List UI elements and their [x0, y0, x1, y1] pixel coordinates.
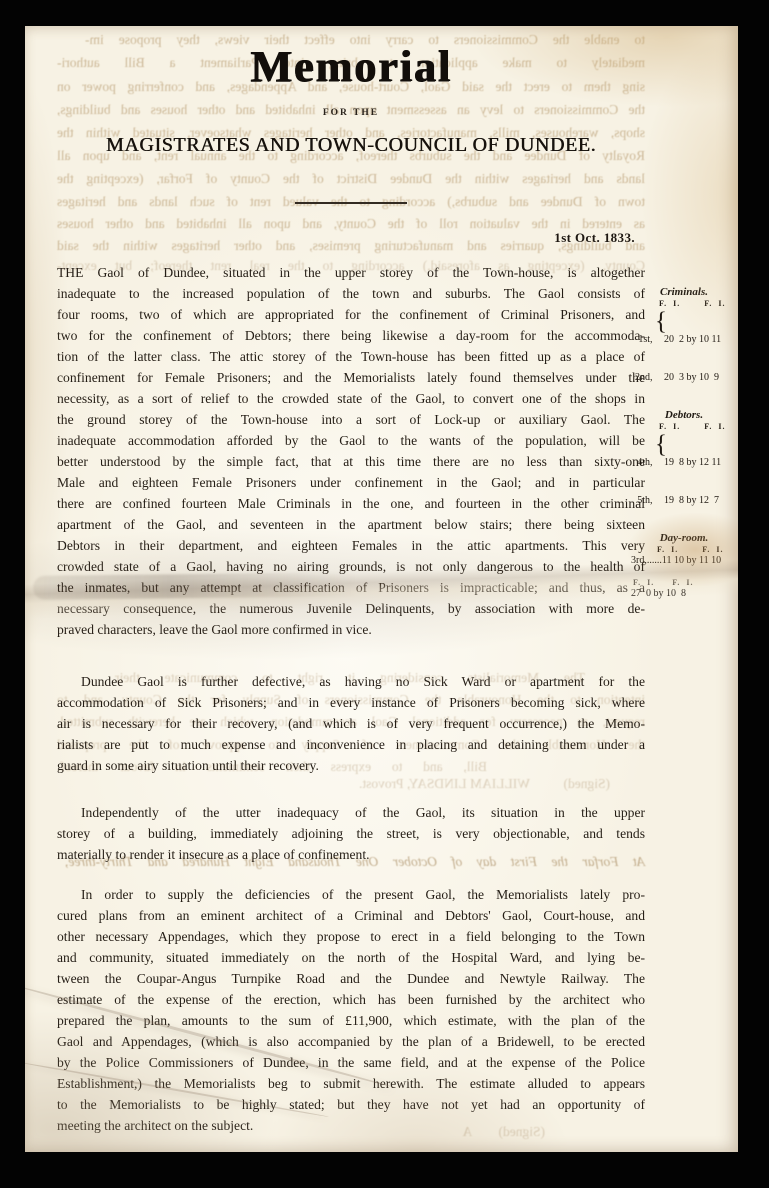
text-line: storey of a building, immediately adjoin…: [57, 823, 645, 844]
text-line: other necessary Appendages, which they p…: [57, 926, 645, 947]
measure-row-label: 4th,: [631, 457, 655, 470]
document-page: to enable the Commissioners to carry int…: [25, 26, 738, 1152]
text-line: rialists are put to much expense and inc…: [57, 734, 645, 755]
measure-row-label: 5th,: [631, 495, 655, 508]
text-line: Dundee Gaol is further defective, as hav…: [57, 671, 645, 692]
measure-dims: 19 8 by 12 11: [664, 457, 721, 470]
measure-dims: 20 3 by 10 9: [664, 372, 721, 385]
measure-row-labels: 4th, 5th,: [631, 432, 655, 532]
scanned-document: { "colors": { "frame": "#030303", "paper…: [0, 0, 769, 1188]
text-line: In order to supply the deficiencies of t…: [57, 884, 645, 905]
separator-rule-wrap: [57, 202, 645, 204]
measure-row-labels: 1st, 2nd,: [631, 309, 655, 409]
measure-dims: 19 8 by 12 7: [664, 495, 721, 508]
text-line: materially to render it insecure as a pl…: [57, 844, 645, 865]
text-line: Male and eighteen Female Prisoners under…: [57, 472, 645, 493]
text-line: apartment of the Gaol, and seventeen in …: [57, 514, 645, 535]
measure-col-headers: F. I. F. I.: [631, 545, 737, 555]
measure-row-label: 1st,: [631, 334, 655, 347]
paragraph-2: Dundee Gaol is further defective, as hav…: [57, 671, 645, 776]
measure-heading: Criminals.: [631, 286, 737, 299]
measure-row-values: 20 2 by 10 11 20 3 by 10 9: [664, 309, 721, 409]
text-line: two for the confinement of Debtors; ther…: [57, 325, 645, 346]
printed-content: Memorial FOR THE MAGISTRATES AND TOWN-CO…: [25, 26, 738, 1152]
measure-dims: 20 2 by 10 11: [664, 334, 721, 347]
text-line: estimate of the expense of the erection,…: [57, 989, 645, 1010]
text-line: Independently of the utter inadequacy of…: [57, 802, 645, 823]
text-line: better understood by the simple fact, th…: [57, 451, 645, 472]
text-line: necessity, as a sort of relief to the cr…: [57, 388, 645, 409]
text-line: cured plans from an eminent architect of…: [57, 905, 645, 926]
measure-rows: 1st, 2nd, { 20 2 by 10 11 20 3 by 10 9: [631, 309, 737, 409]
measure-col-headers: F. I. F. I.: [631, 578, 737, 588]
measure-dims: 11 10 by 11 10: [662, 555, 721, 566]
measure-col-headers: F. I. F. I.: [631, 422, 737, 432]
text-line: accommodation of Sick Prisoners; and in …: [57, 692, 645, 713]
text-line: necessary consequence, the numerous Juve…: [57, 598, 645, 619]
date-line: 1st Oct. 1833.: [57, 230, 635, 246]
measure-group-debtors: Debtors. F. I. F. I. 4th, 5th, { 19 8 by…: [631, 409, 737, 532]
measure-heading: Debtors.: [631, 409, 737, 422]
paragraph-3: Independently of the utter inadequacy of…: [57, 802, 645, 865]
text-line: confinement for Female Prisoners; and th…: [57, 367, 645, 388]
text-line: Debtors in their department, and eightee…: [57, 535, 645, 556]
text-line: Gaol and Appendages, (which is also acco…: [57, 1031, 645, 1052]
addressee-heading: MAGISTRATES AND TOWN-COUNCIL OF DUNDEE.: [57, 132, 645, 158]
measure-dims: 27 0 by 10 8: [631, 588, 737, 601]
text-line: prepared the plan, amounts to the sum of…: [57, 1010, 645, 1031]
for-the-label: FOR THE: [57, 107, 645, 119]
text-line: and community, situated immediately on t…: [57, 947, 645, 968]
text-line: praved characters, leave the Gaol more c…: [57, 619, 645, 640]
paragraph-1: THE Gaol of Dundee, situated in the uppe…: [57, 262, 645, 640]
text-line: tion of the latter class. The attic stor…: [57, 346, 645, 367]
memorial-title: Memorial: [57, 42, 645, 92]
text-line: four rooms, two of which are appropriate…: [57, 304, 645, 325]
text-line: air is necessary for their recovery, (an…: [57, 713, 645, 734]
measure-group-dayroom: Day-room. F. I. F. I. 3rd,......11 10 by…: [631, 532, 737, 568]
text-line: tween the Coupar-Angus Turnpike Road and…: [57, 968, 645, 989]
measure-rows: 4th, 5th, { 19 8 by 12 11 19 8 by 12 7: [631, 432, 737, 532]
text-line: THE Gaol of Dundee, situated in the uppe…: [57, 262, 645, 283]
text-line: guard in some airy situation until their…: [57, 755, 645, 776]
brace-glyph: {: [655, 432, 664, 532]
text-line: there are confined fourteen Male Crimina…: [57, 493, 645, 514]
measure-row-label: 3rd,......: [631, 555, 662, 566]
text-line: inadequate to the increased population o…: [57, 283, 645, 304]
measure-group-lockup: F. I. F. I. 27 0 by 10 8: [631, 578, 737, 601]
text-line: meeting the architect on the subject.: [57, 1115, 645, 1136]
measure-row: 3rd,......11 10 by 11 10: [631, 555, 737, 568]
measure-heading: Day-room.: [631, 532, 737, 545]
text-line: inadequate accommodation afforded by the…: [57, 430, 645, 451]
brace-glyph: {: [655, 309, 664, 409]
measure-row-label: 2nd,: [631, 372, 655, 385]
separator-rule: [295, 202, 407, 204]
text-line: to the Memorialists to be highly stated;…: [57, 1094, 645, 1115]
text-line: crowded state of a Gaol, having no airin…: [57, 556, 645, 577]
text-line: by the Police Commissioners of Dundee, i…: [57, 1052, 645, 1073]
margin-measurements: Criminals. F. I. F. I. 1st, 2nd, { 20 2 …: [631, 286, 737, 600]
text-line: the inmates, but any attempt at classifi…: [57, 577, 645, 598]
paragraph-4: In order to supply the deficiencies of t…: [57, 884, 645, 1136]
measure-col-headers: F. I. F. I.: [631, 299, 737, 309]
text-line: the ground storey of the Town-house into…: [57, 409, 645, 430]
text-line: Establishment,) the Memorialists beg to …: [57, 1073, 645, 1094]
measure-row-values: 19 8 by 12 11 19 8 by 12 7: [664, 432, 721, 532]
measure-group-criminals: Criminals. F. I. F. I. 1st, 2nd, { 20 2 …: [631, 286, 737, 409]
